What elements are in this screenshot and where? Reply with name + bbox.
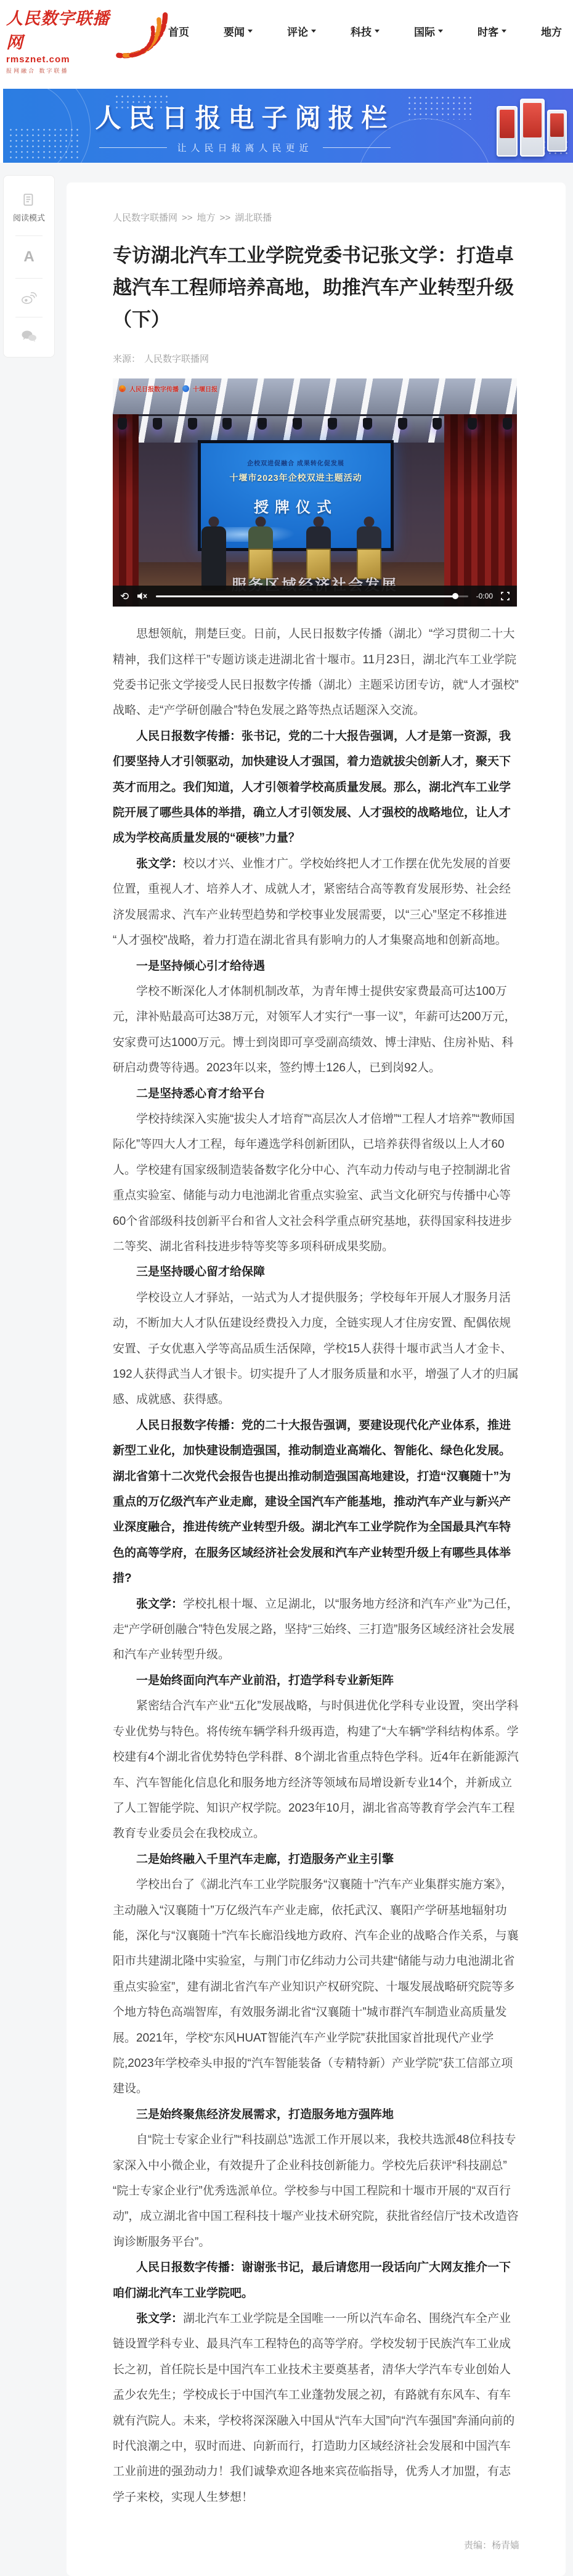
section-subhead: 三是坚持暖心留才给保障: [113, 1259, 519, 1285]
chevron-down-icon: [375, 30, 380, 33]
screen-event-title: 十堰市2023年企校双进主题活动: [201, 472, 391, 484]
font-size-button[interactable]: A: [23, 245, 34, 269]
article-card: 人民数字联播网>>地方>>湖北联播 专访湖北汽车工业学院党委书记张文学：打造卓越…: [67, 182, 566, 2576]
reading-mode-button[interactable]: 阅读模式: [13, 189, 45, 227]
video-progress-fill: [156, 595, 455, 597]
chevron-down-icon: [438, 30, 443, 33]
page-main: 阅读模式 A 人民数字联播网>>地方>>湖北联播 专访湖北: [0, 163, 573, 2576]
section-subhead: 三是始终聚焦经济发展需求，打造服务地方强阵地: [113, 2102, 519, 2127]
site-logo[interactable]: 人民数字联播网 rmsznet.com 报网融合 数字联播: [6, 5, 168, 75]
watermark-text: 人民日报数字传播: [129, 384, 179, 393]
logo-title: 人民数字联播网: [6, 5, 123, 53]
screen-ceremony-title: 授牌仪式: [201, 495, 391, 517]
shiyan-daily-logo-icon: [182, 385, 189, 392]
banner-title: 人民日报电子阅报栏: [95, 98, 394, 135]
nav-item-5[interactable]: 国际: [414, 23, 443, 39]
site-header: 人民数字联播网 rmsznet.com 报网融合 数字联播 首页要闻评论科技国际…: [0, 0, 573, 79]
paragraph: 张文学：校以才兴、业惟才广。学校始终把人才工作摆在优先发展的首要位置，重视人才、…: [113, 851, 519, 954]
section-subhead: 一是始终面向汽车产业前沿，打造学科专业新矩阵: [113, 1668, 519, 1693]
video-watermarks: 人民日报数字传播 十堰日报: [119, 384, 217, 393]
watermark-text: 十堰日报: [193, 384, 217, 393]
question-paragraph: 人民日报数字传播：张书记，党的二十大报告强调，人才是第一资源，我们要坚持人才引领…: [113, 724, 519, 851]
share-weibo-button[interactable]: [21, 287, 37, 308]
video-player[interactable]: 企校双进促融合 成果转化促发展 十堰市2023年企校双进主题活动 授牌仪式 人民…: [113, 378, 517, 607]
article-source: 来源：人民数字联播网: [113, 352, 519, 365]
video-controls: ⟲ -0:00: [113, 586, 517, 607]
reading-toolbar: 阅读模式 A: [3, 175, 55, 358]
source-name: 人民数字联播网: [144, 354, 209, 364]
question-paragraph: 人民日报数字传播：党的二十大报告强调，要建设现代化产业体系，推进新型工业化，加快…: [113, 1413, 519, 1592]
nav-item-6[interactable]: 时客: [477, 23, 506, 39]
breadcrumb: 人民数字联播网>>地方>>湖北联播: [113, 211, 519, 224]
banner-devices-illustration: [495, 96, 569, 158]
banner-subtitle-row: 让人民日报离人民更近: [99, 141, 390, 154]
logo-domain: rmsznet.com: [6, 54, 123, 65]
toolbar-divider: [15, 278, 43, 279]
chevron-down-icon: [502, 30, 506, 33]
paragraph: 张文学：湖北汽车工业学院是全国唯一一所以汽车命名、围绕汽车全产业链设置学科专业、…: [113, 2306, 519, 2510]
paragraph: 学校出台了《湖北汽车工业学院服务“汉襄随十”汽车产业集群实施方案》，主动融入“汉…: [113, 1872, 519, 2102]
section-subhead: 二是坚持悉心育才给平台: [113, 1081, 519, 1106]
speaker-label: 人民日报数字传播：: [136, 730, 242, 743]
section-subhead: 一是坚持倾心引才给待遇: [113, 954, 519, 979]
peoples-daily-logo-icon: [119, 385, 126, 392]
paragraph: 自“院士专家企业行”“科技副总”选派工作开展以来，我校共选派48位科技专家深入中…: [113, 2127, 519, 2255]
breadcrumb-link-3[interactable]: 湖北联播: [235, 213, 272, 223]
reading-mode-label: 阅读模式: [13, 211, 45, 223]
speaker-label: 张文学：: [136, 857, 183, 870]
nav-item-3[interactable]: 评论: [287, 23, 316, 39]
article-body: 思想领航，荆楚巨变。日前，人民日报数字传播（湖北）“学习贯彻二十大精神，我们这样…: [113, 621, 519, 2510]
breadcrumb-link-1[interactable]: 人民数字联播网: [113, 213, 177, 223]
stage-lights: [118, 418, 512, 430]
kiosk-illustration: [497, 106, 518, 157]
paragraph: 张文学：学校扎根十堰、立足湖北，以“服务地方经济和汽车产业”为己任，走“产学研创…: [113, 1592, 519, 1668]
page-title: 专访湖北汽车工业学院党委书记张文学：打造卓越汽车工程师培养高地，助推汽车产业转型…: [113, 240, 519, 336]
toolbar-divider: [15, 317, 43, 317]
speaker-label: 人民日报数字传播：: [136, 2261, 242, 2274]
question-paragraph: 人民日报数字传播：谢谢张书记，最后请您用一段话向广大网友推介一下咱们湖北汽车工业…: [113, 2255, 519, 2306]
video-progress-thumb[interactable]: [452, 593, 458, 599]
breadcrumb-separator: >>: [220, 213, 231, 223]
main-nav: 首页要闻评论科技国际时客地方: [168, 23, 573, 39]
toolbar-divider: [15, 235, 43, 236]
breadcrumb-link-2[interactable]: 地方: [197, 213, 216, 223]
banner-subtitle: 让人民日报离人民更近: [177, 141, 312, 154]
wechat-icon: [21, 330, 37, 342]
kiosk-illustration: [547, 110, 567, 152]
replay-icon[interactable]: ⟲: [120, 591, 129, 602]
speaker-label: 张文学：: [136, 1598, 183, 1611]
editor-credit: 责编：杨青嫱: [113, 2538, 519, 2555]
breadcrumb-separator: >>: [182, 213, 193, 223]
font-size-icon: A: [23, 248, 34, 266]
nav-item-7[interactable]: 地方: [541, 23, 562, 39]
document-icon: [22, 193, 36, 206]
fullscreen-icon[interactable]: [501, 592, 510, 600]
video-time-remaining: -0:00: [476, 592, 493, 600]
paragraph: 学校不断深化人才体制机制改革，为青年博士提供安家费最高可达100万元，津补贴最高…: [113, 979, 519, 1081]
weibo-icon: [21, 291, 37, 305]
nav-item-1[interactable]: 首页: [168, 23, 189, 39]
chevron-down-icon: [248, 30, 253, 33]
banner-subtitle-line: [99, 147, 167, 148]
nav-item-4[interactable]: 科技: [351, 23, 380, 39]
logo-tagline: 报网融合 数字联播: [6, 67, 123, 75]
kiosk-illustration: [520, 99, 545, 157]
paragraph: 学校持续深入实施“拔尖人才培育”“高层次人才倍增”“工程人才培养”“教师国际化”…: [113, 1106, 519, 1259]
paragraph: 紧密结合汽车产业“五化”发展战略，与时俱进优化学科专业设置，突出学科专业优势与特…: [113, 1693, 519, 1846]
share-wechat-button[interactable]: [21, 326, 37, 346]
banner-subtitle-line: [323, 147, 391, 148]
source-label: 来源：: [113, 354, 140, 364]
chevron-down-icon: [311, 30, 316, 33]
paragraph: 学校设立人才驿站，一站式为人才提供服务；学校每年开展人才服务月活动，不断加大人才…: [113, 1285, 519, 1413]
muted-volume-icon[interactable]: [137, 592, 148, 600]
paragraph: 思想领航，荆楚巨变。日前，人民日报数字传播（湖北）“学习贯彻二十大精神，我们这样…: [113, 621, 519, 724]
speaker-label: 张文学：: [136, 2312, 183, 2325]
screen-slogan: 企校双进促融合 成果转化促发展: [201, 458, 391, 467]
promo-banner[interactable]: 人民日报电子阅报栏 让人民日报离人民更近: [3, 89, 573, 163]
video-progress-bar[interactable]: [156, 595, 468, 597]
speaker-label: 人民日报数字传播：: [136, 1419, 242, 1432]
nav-item-2[interactable]: 要闻: [224, 23, 253, 39]
section-subhead: 二是始终融入千里汽车走廊，打造服务产业主引擎: [113, 1847, 519, 1872]
